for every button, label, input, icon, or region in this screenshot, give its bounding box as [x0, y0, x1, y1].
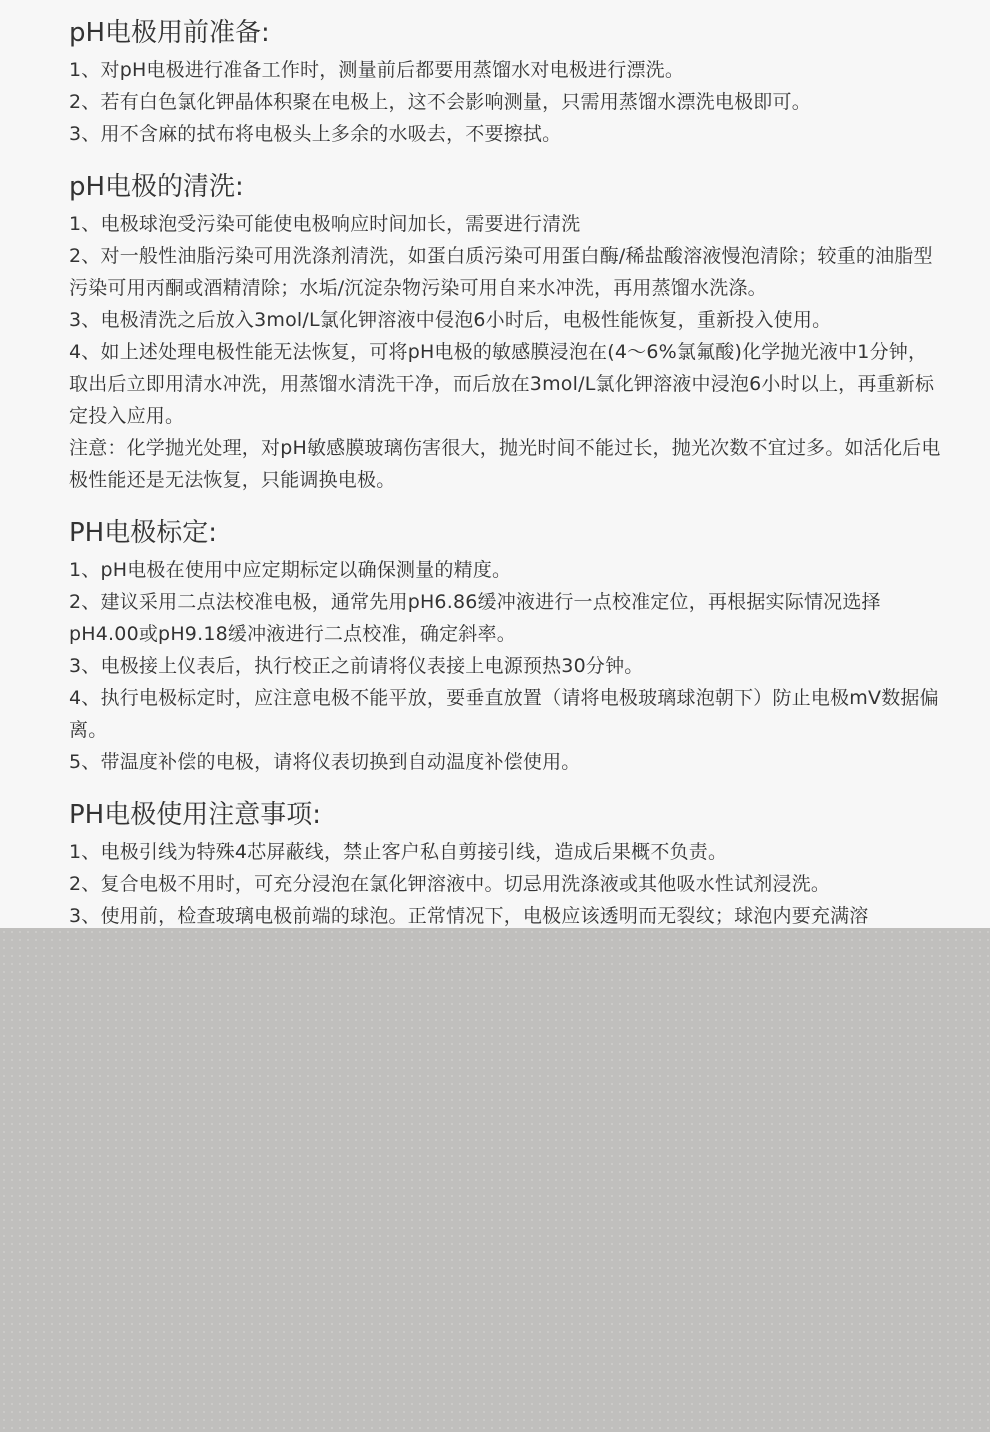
section-title: pH电极用前准备: — [69, 14, 941, 52]
paragraph: 1、pH电极在使用中应定期标定以确保测量的精度。 — [69, 554, 941, 586]
paragraph: 2、复合电极不用时，可充分浸泡在氯化钾溶液中。切忌用洗涤液或其他吸水性试剂浸洗。 — [69, 868, 941, 900]
paragraph: 1、电极球泡受污染可能使电极响应时间加长，需要进行清洗 — [69, 208, 941, 240]
section-preparation: pH电极用前准备: 1、对pH电极进行准备工作时，测量前后都要用蒸馏水对电极进行… — [69, 14, 941, 150]
paragraph: 3、电极接上仪表后，执行校正之前请将仪表接上电源预热30分钟。 — [69, 650, 941, 682]
section-cleaning: pH电极的清洗: 1、电极球泡受污染可能使电极响应时间加长，需要进行清洗 2、对… — [69, 168, 941, 496]
section-title: PH电极使用注意事项: — [69, 796, 941, 834]
section-calibration: PH电极标定: 1、pH电极在使用中应定期标定以确保测量的精度。 2、建议采用二… — [69, 514, 941, 778]
section-title: PH电极标定: — [69, 514, 941, 552]
paragraph: 1、对pH电极进行准备工作时，测量前后都要用蒸馏水对电极进行漂洗。 — [69, 54, 941, 86]
document-body: pH电极用前准备: 1、对pH电极进行准备工作时，测量前后都要用蒸馏水对电极进行… — [69, 14, 941, 950]
paragraph: 2、若有白色氯化钾晶体积聚在电极上，这不会影响测量，只需用蒸馏水漂洗电极即可。 — [69, 86, 941, 118]
image-loading-placeholder — [0, 928, 990, 1432]
paragraph: 5、带温度补偿的电极，请将仪表切换到自动温度补偿使用。 — [69, 746, 941, 778]
paragraph: 4、如上述处理电极性能无法恢复，可将pH电极的敏感膜浸泡在(4～6%氯氟酸)化学… — [69, 336, 941, 432]
paragraph: 2、建议采用二点法校准电极，通常先用pH6.86缓冲液进行一点校准定位，再根据实… — [69, 586, 941, 650]
section-title: pH电极的清洗: — [69, 168, 941, 206]
note-paragraph: 注意：化学抛光处理，对pH敏感膜玻璃伤害很大，抛光时间不能过长，抛光次数不宜过多… — [69, 432, 941, 496]
paragraph: 2、对一般性油脂污染可用洗涤剂清洗，如蛋白质污染可用蛋白酶/稀盐酸溶液慢泡清除；… — [69, 240, 941, 304]
paragraph: 4、执行电极标定时，应注意电极不能平放，要垂直放置（请将电极玻璃球泡朝下）防止电… — [69, 682, 941, 746]
paragraph: 3、电极清洗之后放入3mol/L氯化钾溶液中侵泡6小时后，电极性能恢复，重新投入… — [69, 304, 941, 336]
section-usage-notes: PH电极使用注意事项: 1、电极引线为特殊4芯屏蔽线，禁止客户私自剪接引线，造成… — [69, 796, 941, 932]
paragraph: 3、用不含麻的拭布将电极头上多余的水吸去，不要擦拭。 — [69, 118, 941, 150]
paragraph: 1、电极引线为特殊4芯屏蔽线，禁止客户私自剪接引线，造成后果概不负责。 — [69, 836, 941, 868]
